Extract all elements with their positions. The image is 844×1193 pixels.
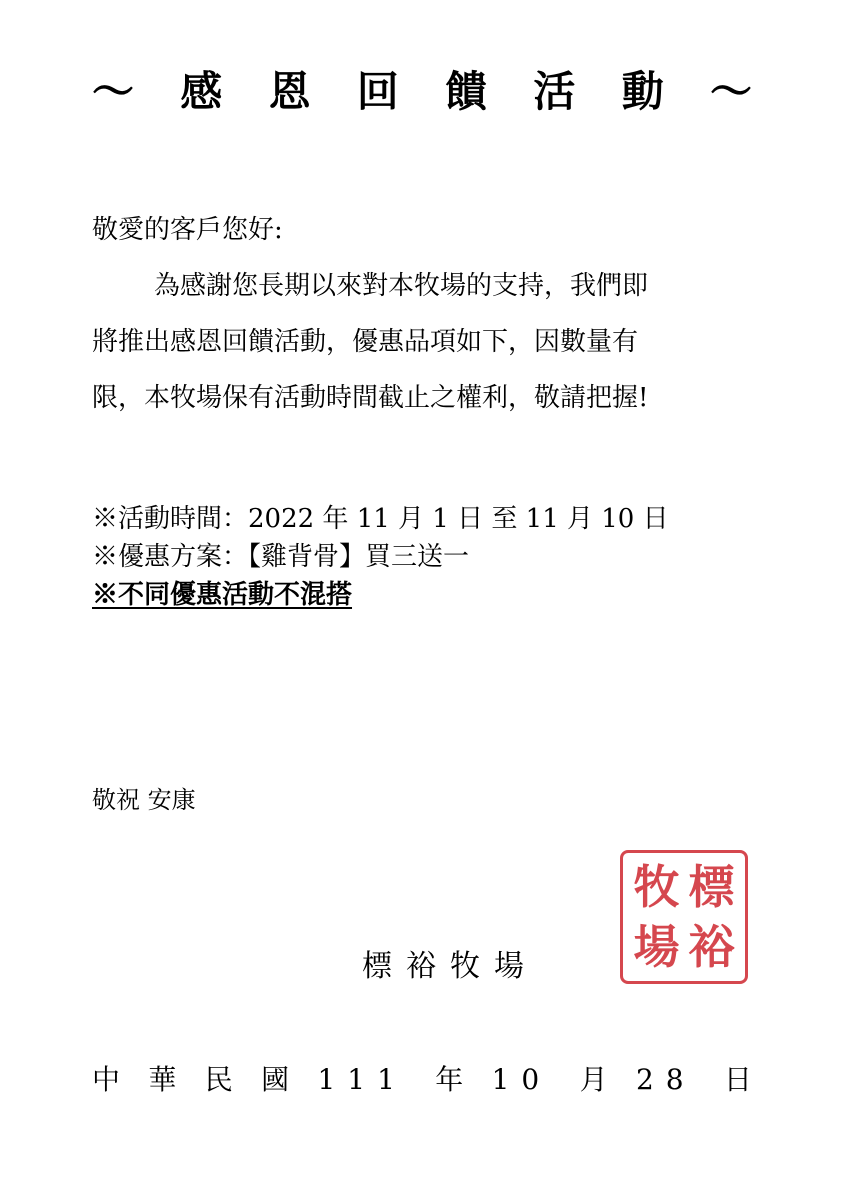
body-line: 限，本牧場保有活動時間截止之權利，敬請把握! <box>92 370 754 426</box>
date-part: 華 <box>148 1058 176 1102</box>
date-month: 10 <box>492 1058 552 1102</box>
title-char: 動 <box>622 62 664 122</box>
title-tilde-left: ～ <box>92 62 134 122</box>
document-title: ～ 感 恩 回 饋 活 動 ～ <box>92 62 752 122</box>
seal-char: 裕 <box>684 917 739 977</box>
event-period: ※活動時間：2022 年 11 月 1 日 至 11 月 10 日 <box>92 500 669 538</box>
signature: 標裕牧場 <box>362 945 538 989</box>
date-part: 國 <box>261 1058 289 1102</box>
title-tilde-right: ～ <box>710 62 752 122</box>
event-notice: ※不同優惠活動不混搭 <box>92 576 669 614</box>
title-char: 活 <box>533 62 575 122</box>
body-line: 為感謝您長期以來對本牧場的支持，我們即 <box>92 258 754 314</box>
date-part: 月 <box>580 1058 608 1102</box>
body-paragraph: 為感謝您長期以來對本牧場的支持，我們即 將推出感恩回饋活動，優惠品項如下，因數量… <box>92 258 754 426</box>
seal-char: 牧 <box>629 857 684 917</box>
document-date: 中 華 民 國 111 年 10 月 28 日 <box>92 1058 752 1102</box>
title-char: 回 <box>357 62 399 122</box>
date-part: 日 <box>724 1058 752 1102</box>
body-line: 將推出感恩回饋活動，優惠品項如下，因數量有 <box>92 314 754 370</box>
closing-greeting: 敬祝 安康 <box>92 782 196 818</box>
date-day: 28 <box>636 1058 696 1102</box>
salutation: 敬愛的客戶您好: <box>92 212 283 248</box>
event-offer: ※優惠方案：【雞背骨】買三送一 <box>92 538 669 576</box>
seal-char: 標 <box>684 857 739 917</box>
date-year: 111 <box>317 1058 406 1102</box>
title-char: 恩 <box>269 62 311 122</box>
event-details: ※活動時間：2022 年 11 月 1 日 至 11 月 10 日 ※優惠方案：… <box>92 500 669 614</box>
seal-stamp: 牧 標 場 裕 <box>620 850 748 984</box>
date-part: 民 <box>205 1058 233 1102</box>
date-part: 年 <box>435 1058 463 1102</box>
date-part: 中 <box>92 1058 120 1102</box>
seal-char: 場 <box>629 917 684 977</box>
title-char: 感 <box>180 62 222 122</box>
title-char: 饋 <box>445 62 487 122</box>
